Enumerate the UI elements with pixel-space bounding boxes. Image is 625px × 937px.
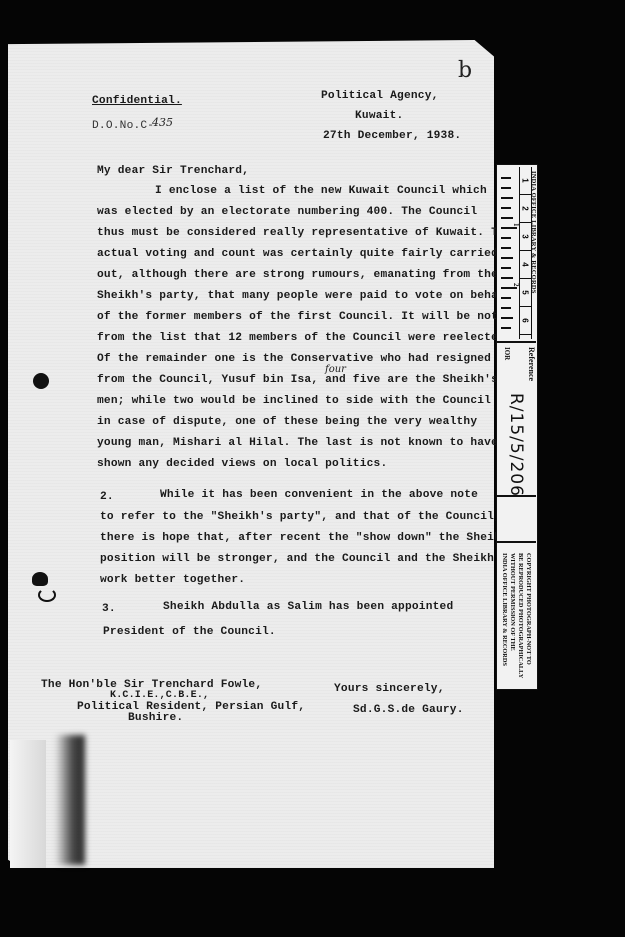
p2-line: position will be stronger, and the Counc… [100, 553, 494, 565]
p1-line: I enclose a list of the new Kuwait Counc… [155, 185, 487, 197]
page-shadow [55, 735, 85, 865]
box-number: 5 [521, 290, 530, 294]
p1-line: men; while two would be inclined to side… [97, 395, 491, 407]
sender-address-line-1: Political Agency, [321, 90, 439, 102]
p1-line: shown any decided views on local politic… [97, 458, 387, 470]
reference-value: R/15/5/206 [506, 393, 526, 497]
stamp-header: INDIA OFFICE LIBRARY & RECORDS [530, 171, 537, 294]
p3-number: 3. [102, 603, 116, 615]
copyright-line: WITHOUT PERMISSION OF THE [509, 553, 516, 651]
signature: Sd.G.S.de Gaury. [353, 704, 464, 716]
copyright-line: BE REPRODUCED PHOTOGRAPHICALLY [517, 553, 524, 678]
closing: Yours sincerely, [334, 683, 445, 695]
box-number: 3 [521, 234, 530, 238]
addressee-line: Bushire. [128, 712, 183, 724]
ink-blot [38, 588, 56, 602]
p3-line: President of the Council. [103, 626, 276, 638]
ruler-label: 1 [512, 223, 520, 227]
p1-line: of the former members of the first Counc… [97, 311, 526, 323]
p2-line: work better together. [100, 574, 245, 586]
stamp-ruler: 1 2 [499, 167, 520, 339]
reference-number: D.O.No.C- [92, 120, 154, 132]
p1-line: was elected by an electorate numbering 4… [97, 206, 477, 218]
p1-line: actual voting and count was certainly qu… [97, 248, 498, 260]
p1-line: from the Council, Yusuf bin Isa, and fiv… [97, 374, 498, 386]
addressee-line: Political Resident, Persian Gulf, [77, 701, 305, 713]
letter-date: 27th December, 1938. [323, 130, 461, 142]
ior-label: IOR [503, 347, 511, 360]
sender-address-line-2: Kuwait. [355, 110, 403, 122]
p3-line: Sheikh Abdulla as Salim has been appoint… [163, 601, 453, 613]
copyright-line: COPYRIGHT PHOTOGRAPH-NOT TO [525, 553, 532, 665]
reference-label: Reference [527, 347, 536, 381]
archive-stamp: 1 2 1 2 3 4 5 6 INDIA OFFICE LIBRARY & R… [496, 164, 538, 690]
p2-line: While it has been convenient in the abov… [160, 489, 478, 501]
reference-number-handwritten: 435 [152, 116, 173, 129]
p1-line: Sheikh's party, that many people were pa… [97, 290, 512, 302]
box-number: 4 [521, 262, 530, 266]
p1-line: out, although there are strong rumours, … [97, 269, 498, 281]
p2-line: there is hope that, after recent the "sh… [100, 532, 522, 544]
salutation: My dear Sir Trenchard, [97, 165, 249, 177]
p1-line: thus must be considered really represent… [97, 227, 512, 239]
box-number: 6 [521, 318, 530, 322]
p1-line: in case of dispute, one of these being t… [97, 416, 477, 428]
page-curl [10, 740, 46, 868]
p1-line: Of the remainder one is the Conservative… [97, 353, 491, 365]
box-number: 2 [521, 206, 530, 210]
page-mark: b [458, 58, 472, 83]
p1-line: young man, Mishari al Hilal. The last is… [97, 437, 498, 449]
ink-blot [32, 572, 48, 586]
box-number: 1 [521, 178, 530, 182]
ink-blot [33, 373, 49, 389]
classification: Confidential. [92, 95, 182, 107]
p2-number: 2. [100, 491, 114, 503]
ruler-label: 2 [512, 283, 520, 287]
p1-line: from the list that 12 members of the Cou… [97, 332, 512, 344]
copyright-line: INDIA OFFICE LIBRARY & RECORDS [501, 553, 508, 666]
p2-line: to refer to the "Sheikh's party", and th… [100, 511, 501, 523]
addressee-line: K.C.I.E.,C.B.E., [110, 690, 209, 701]
